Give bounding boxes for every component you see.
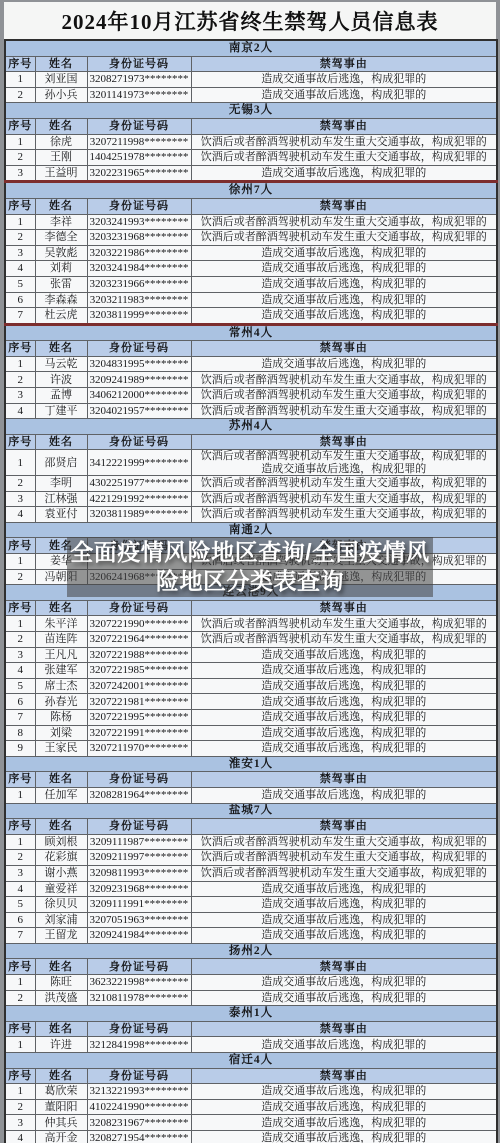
cell-serial: 1	[5, 72, 35, 88]
table-row: 2花彩旗3209211997********饮酒后或者醉酒驾驶机动车发生重大交通…	[5, 850, 497, 866]
column-header: 序号	[5, 56, 35, 72]
cell-serial: 1	[5, 554, 35, 570]
column-header: 序号	[5, 198, 35, 214]
cell-name: 花彩旗	[35, 850, 87, 866]
cell-name: 邵贤启	[35, 450, 87, 476]
table-row: 2许波3209241989********饮酒后或者醉酒驾驶机动车发生重大交通事…	[5, 372, 497, 388]
table-row: 6李森森3203211983********造成交通事故后逃逸，构成犯罪的	[5, 292, 497, 308]
table-row: 6刘家浦3207051963********造成交通事故后逃逸，构成犯罪的	[5, 912, 497, 928]
column-header: 序号	[5, 341, 35, 357]
cell-serial: 7	[5, 928, 35, 944]
column-header: 身份证号码	[87, 1021, 191, 1037]
cell-id-number: 3207221995********	[87, 709, 191, 725]
cell-name: 谢小燕	[35, 865, 87, 881]
column-header-row: 序号姓名身份证号码禁驾事由	[5, 959, 497, 975]
cell-id-number: 3203241984********	[87, 261, 191, 277]
cell-id-number: 3209231968********	[87, 881, 191, 897]
table-row: 4刘莉3203241984********造成交通事故后逃逸，构成犯罪的	[5, 261, 497, 277]
column-header: 姓名	[35, 1068, 87, 1084]
cell-reason: 造成交通事故后逃逸，构成犯罪的	[191, 975, 497, 991]
cell-id-number: 3207221991********	[87, 725, 191, 741]
table-row: 1刘亚国3208271973********造成交通事故后逃逸，构成犯罪的	[5, 72, 497, 88]
cell-id-number: 3412221999********	[87, 450, 191, 476]
table-row: 5徐贝贝3209111991********造成交通事故后逃逸，构成犯罪的	[5, 897, 497, 913]
cell-reason: 造成交通事故后逃逸，构成犯罪的	[191, 292, 497, 308]
table-row: 2王刚1404251978********饮酒后或者醉酒驾驶机动车发生重大交通事…	[5, 150, 497, 166]
cell-name: 孙春光	[35, 694, 87, 710]
section-band: 泰州1人	[5, 1006, 497, 1022]
cell-reason: 造成交通事故后逃逸，构成犯罪的	[191, 897, 497, 913]
cell-serial: 5	[5, 897, 35, 913]
column-header-row: 序号姓名身份证号码禁驾事由	[5, 819, 497, 835]
column-header: 姓名	[35, 819, 87, 835]
cell-serial: 8	[5, 725, 35, 741]
cell-name: 张建军	[35, 663, 87, 679]
cell-id-number: 3208281964********	[87, 787, 191, 803]
table-row: 1朱平洋3207221990********饮酒后或者醉酒驾驶机动车发生重大交通…	[5, 616, 497, 632]
cell-serial: 1	[5, 356, 35, 372]
section-row: 泰州1人	[5, 1006, 497, 1022]
cell-name: 席士杰	[35, 678, 87, 694]
column-header: 禁驾事由	[191, 56, 497, 72]
cell-reason: 饮酒后或者醉酒驾驶机动车发生重大交通事故，构成犯罪的	[191, 616, 497, 632]
table-row: 3王益明3202231965********造成交通事故后逃逸，构成犯罪的	[5, 165, 497, 182]
table-row: 4张建军3207221985********造成交通事故后逃逸，构成犯罪的	[5, 663, 497, 679]
section-row: 南通2人	[5, 522, 497, 538]
cell-id-number: 3207211970********	[87, 741, 191, 757]
cell-reason: 造成交通事故后逃逸，构成犯罪的	[191, 725, 497, 741]
cell-id-number: 3406212000********	[87, 388, 191, 404]
table-row: 3王凡凡3207221988********造成交通事故后逃逸，构成犯罪的	[5, 647, 497, 663]
cell-serial: 4	[5, 881, 35, 897]
column-header: 身份证号码	[87, 600, 191, 616]
column-header-row: 序号姓名身份证号码禁驾事由	[5, 341, 497, 357]
column-header: 禁驾事由	[191, 772, 497, 788]
cell-id-number: 3209111987********	[87, 834, 191, 850]
column-header: 禁驾事由	[191, 600, 497, 616]
cell-id-number: 3201141973********	[87, 87, 191, 103]
cell-name: 徐贝贝	[35, 897, 87, 913]
column-header: 身份证号码	[87, 819, 191, 835]
cell-serial: 2	[5, 87, 35, 103]
cell-reason: 造成交通事故后逃逸，构成犯罪的	[191, 72, 497, 88]
column-header-row: 序号姓名身份证号码禁驾事由	[5, 600, 497, 616]
column-header-row: 序号姓名身份证号码禁驾事由	[5, 1068, 497, 1084]
cell-serial: 1	[5, 450, 35, 476]
cell-reason: 造成交通事故后逃逸，构成犯罪的	[191, 165, 497, 182]
cell-reason: 造成交通事故后逃逸，构成犯罪的	[191, 647, 497, 663]
cell-name: 张雷	[35, 276, 87, 292]
table-row: 1顾刘根3209111987********饮酒后或者醉酒驾驶机动车发生重大交通…	[5, 834, 497, 850]
section-band: 苏州4人	[5, 419, 497, 435]
cell-name: 李祥	[35, 214, 87, 230]
section-band: 南通2人	[5, 522, 497, 538]
cell-id-number: 3204021957********	[87, 403, 191, 419]
cell-id-number: 3207221990********	[87, 616, 191, 632]
table-row: 2李明4302251977********饮酒后或者醉酒驾驶机动车发生重大交通事…	[5, 476, 497, 492]
cell-id-number: 3209811993********	[87, 865, 191, 881]
table-row: 2董阳阳4102241990********造成交通事故后逃逸，构成犯罪的	[5, 1099, 497, 1115]
cell-reason: 饮酒后或者醉酒驾驶机动车发生重大交通事故，构成犯罪的	[191, 476, 497, 492]
cell-id-number: 3207242001********	[87, 678, 191, 694]
column-header: 姓名	[35, 1021, 87, 1037]
section-band: 南京2人	[5, 40, 497, 56]
cell-name: 苗连阵	[35, 632, 87, 648]
cell-reason: 造成交通事故后逃逸，构成犯罪的	[191, 881, 497, 897]
cell-name: 吴敦彪	[35, 245, 87, 261]
table-row: 2孙小兵3201141973********造成交通事故后逃逸，构成犯罪的	[5, 87, 497, 103]
column-header: 禁驾事由	[191, 959, 497, 975]
cell-serial: 2	[5, 150, 35, 166]
cell-reason: 饮酒后或者醉酒驾驶机动车发生重大交通事故，构成犯罪的	[191, 214, 497, 230]
cell-reason: 造成交通事故后逃逸，构成犯罪的	[191, 678, 497, 694]
cell-name: 许进	[35, 1037, 87, 1053]
cell-serial: 2	[5, 569, 35, 585]
cell-reason: 饮酒后或者醉酒驾驶机动车发生重大交通事故，构成犯罪的	[191, 632, 497, 648]
table-row: 1陈旺3623221998********造成交通事故后逃逸，构成犯罪的	[5, 975, 497, 991]
cell-serial: 1	[5, 975, 35, 991]
cell-name: 王刚	[35, 150, 87, 166]
table-row: 2李德全3203231968********饮酒后或者醉酒驾驶机动车发生重大交通…	[5, 230, 497, 246]
cell-name: 高开金	[35, 1131, 87, 1143]
cell-reason: 造成交通事故后逃逸，构成犯罪的	[191, 276, 497, 292]
table-row: 1徐虎3207211998********饮酒后或者醉酒驾驶机动车发生重大交通事…	[5, 134, 497, 150]
cell-serial: 3	[5, 865, 35, 881]
cell-serial: 3	[5, 245, 35, 261]
cell-id-number: 4102241990********	[87, 1099, 191, 1115]
column-header: 姓名	[35, 434, 87, 450]
cell-serial: 1	[5, 1037, 35, 1053]
cell-serial: 3	[5, 491, 35, 507]
cell-reason: 饮酒后或者醉酒驾驶机动车发生重大交通事故，构成犯罪的	[191, 507, 497, 523]
table-row: 3仲其兵3208231967********造成交通事故后逃逸，构成犯罪的	[5, 1115, 497, 1131]
cell-id-number: 3203221986********	[87, 245, 191, 261]
cell-id-number: 3212841998********	[87, 1037, 191, 1053]
cell-id-number: 3207221981********	[87, 694, 191, 710]
section-row: 扬州2人	[5, 943, 497, 959]
cell-serial: 2	[5, 230, 35, 246]
section-row: 盐城7人	[5, 803, 497, 819]
table-row: 1马云乾3204831995********造成交通事故后逃逸，构成犯罪的	[5, 356, 497, 372]
cell-serial: 4	[5, 507, 35, 523]
screenshot-frame: 2024年10月江苏省终生禁驾人员信息表 南京2人序号姓名身份证号码禁驾事由1刘…	[0, 0, 500, 1143]
cell-serial: 2	[5, 372, 35, 388]
cell-reason: 饮酒后或者醉酒驾驶机动车发生重大交通事故，构成犯罪的	[191, 834, 497, 850]
cell-serial: 4	[5, 403, 35, 419]
cell-reason: 造成交通事故后逃逸，构成犯罪的	[191, 1084, 497, 1100]
cell-id-number: 3207221964********	[87, 632, 191, 648]
cell-id-number: 1404251978********	[87, 150, 191, 166]
cell-id-number: 3208231967********	[87, 1115, 191, 1131]
column-header: 序号	[5, 118, 35, 134]
cell-id-number: 3208271973********	[87, 72, 191, 88]
column-header: 序号	[5, 538, 35, 554]
cell-id-number: 3203811999********	[87, 308, 191, 325]
column-header: 身份证号码	[87, 959, 191, 975]
cell-serial: 3	[5, 647, 35, 663]
table-row: 4丁建平3204021957********饮酒后或者醉酒驾驶机动车发生重大交通…	[5, 403, 497, 419]
cell-name: 王益明	[35, 165, 87, 182]
column-header: 姓名	[35, 959, 87, 975]
column-header: 序号	[5, 772, 35, 788]
cell-serial: 5	[5, 678, 35, 694]
cell-serial: 2	[5, 476, 35, 492]
section-row: 徐州7人	[5, 182, 497, 199]
column-header: 序号	[5, 1068, 35, 1084]
cell-reason: 造成交通事故后逃逸，构成犯罪的	[191, 1037, 497, 1053]
column-header: 禁驾事由	[191, 1021, 497, 1037]
cell-reason: 饮酒后或者醉酒驾驶机动车发生重大交通事故，构成犯罪的	[191, 865, 497, 881]
cell-serial: 1	[5, 787, 35, 803]
table-row: 1葛欣荣3213221993********造成交通事故后逃逸，构成犯罪的	[5, 1084, 497, 1100]
section-row: 淮安1人	[5, 756, 497, 772]
cell-name: 李森森	[35, 292, 87, 308]
column-header: 序号	[5, 434, 35, 450]
cell-reason: 造成交通事故后逃逸，构成犯罪的	[191, 709, 497, 725]
cell-id-number: 3210811978********	[87, 990, 191, 1006]
cell-name: 袁亚付	[35, 507, 87, 523]
cell-serial: 6	[5, 694, 35, 710]
table-row: 1邵贤启3412221999********饮酒后或者醉酒驾驶机动车发生重大交通…	[5, 450, 497, 476]
cell-reason: 饮酒后或者醉酒驾驶机动车发生重大交通事故，构成犯罪的	[191, 230, 497, 246]
cell-serial: 2	[5, 1099, 35, 1115]
cell-id-number: 3203811989********	[87, 507, 191, 523]
cell-name: 刘家浦	[35, 912, 87, 928]
cell-id-number: 3623221998********	[87, 975, 191, 991]
cell-reason: 饮酒后或者醉酒驾驶机动车发生重大交通事故，构成犯罪的 造成交通事故后逃逸，构成犯…	[191, 450, 497, 476]
cell-id-number: 3204831995********	[87, 356, 191, 372]
column-header: 序号	[5, 600, 35, 616]
column-header-row: 序号姓名身份证号码禁驾事由	[5, 198, 497, 214]
column-header-row: 序号姓名身份证号码禁驾事由	[5, 1021, 497, 1037]
column-header-row: 序号姓名身份证号码禁驾事由	[5, 772, 497, 788]
column-header: 姓名	[35, 341, 87, 357]
cell-name: 王留龙	[35, 928, 87, 944]
cell-reason: 造成交通事故后逃逸，构成犯罪的	[191, 1131, 497, 1143]
cell-name: 童爱祥	[35, 881, 87, 897]
table-row: 8刘梁3207221991********造成交通事故后逃逸，构成犯罪的	[5, 725, 497, 741]
column-header-row: 序号姓名身份证号码禁驾事由	[5, 118, 497, 134]
caption-line-1: 全面疫情风险地区查询/全国疫情风	[70, 538, 429, 567]
cell-serial: 4	[5, 663, 35, 679]
section-row: 宿迁4人	[5, 1053, 497, 1069]
section-row: 常州4人	[5, 324, 497, 341]
cell-serial: 4	[5, 261, 35, 277]
cell-id-number: 3207221985********	[87, 663, 191, 679]
table-row: 1李祥3203241993********饮酒后或者醉酒驾驶机动车发生重大交通事…	[5, 214, 497, 230]
column-header: 禁驾事由	[191, 341, 497, 357]
cell-reason: 饮酒后或者醉酒驾驶机动车发生重大交通事故，构成犯罪的	[191, 403, 497, 419]
column-header: 身份证号码	[87, 118, 191, 134]
column-header: 身份证号码	[87, 341, 191, 357]
column-header: 身份证号码	[87, 1068, 191, 1084]
cell-reason: 造成交通事故后逃逸，构成犯罪的	[191, 741, 497, 757]
table-row: 3孟博3406212000********饮酒后或者醉酒驾驶机动车发生重大交通事…	[5, 388, 497, 404]
cell-name: 陈杨	[35, 709, 87, 725]
cell-name: 朱平洋	[35, 616, 87, 632]
cell-reason: 造成交通事故后逃逸，构成犯罪的	[191, 87, 497, 103]
cell-reason: 饮酒后或者醉酒驾驶机动车发生重大交通事故，构成犯罪的	[191, 150, 497, 166]
cell-serial: 3	[5, 1115, 35, 1131]
cell-id-number: 3202231965********	[87, 165, 191, 182]
cell-name: 徐虎	[35, 134, 87, 150]
table-row: 3江林强4221291992********饮酒后或者醉酒驾驶机动车发生重大交通…	[5, 491, 497, 507]
cell-id-number: 3207221988********	[87, 647, 191, 663]
column-header: 姓名	[35, 198, 87, 214]
cell-name: 董阳阳	[35, 1099, 87, 1115]
column-header-row: 序号姓名身份证号码禁驾事由	[5, 56, 497, 72]
table-row: 3吴敦彪3203221986********造成交通事故后逃逸，构成犯罪的	[5, 245, 497, 261]
column-header: 序号	[5, 1021, 35, 1037]
cell-serial: 1	[5, 1084, 35, 1100]
cell-reason: 造成交通事故后逃逸，构成犯罪的	[191, 990, 497, 1006]
section-band: 扬州2人	[5, 943, 497, 959]
cell-serial: 4	[5, 1131, 35, 1143]
cell-name: 洪茂盛	[35, 990, 87, 1006]
table-row: 4高开金3208271954********造成交通事故后逃逸，构成犯罪的	[5, 1131, 497, 1143]
cell-id-number: 3209241989********	[87, 372, 191, 388]
section-row: 苏州4人	[5, 419, 497, 435]
cell-name: 孟博	[35, 388, 87, 404]
cell-serial: 2	[5, 990, 35, 1006]
table-row: 5张雷3203231966********造成交通事故后逃逸，构成犯罪的	[5, 276, 497, 292]
table-row: 1许进3212841998********造成交通事故后逃逸，构成犯罪的	[5, 1037, 497, 1053]
cell-id-number: 3209241984********	[87, 928, 191, 944]
table-row: 4袁亚付3203811989********饮酒后或者醉酒驾驶机动车发生重大交通…	[5, 507, 497, 523]
cell-id-number: 3209111991********	[87, 897, 191, 913]
cell-name: 王凡凡	[35, 647, 87, 663]
cell-id-number: 3209211997********	[87, 850, 191, 866]
table-row: 6孙春光3207221981********造成交通事故后逃逸，构成犯罪的	[5, 694, 497, 710]
caption-overlay: 全面疫情风险地区查询/全国疫情风 险地区分类表查询	[67, 537, 433, 597]
cell-serial: 9	[5, 741, 35, 757]
column-header: 姓名	[35, 772, 87, 788]
column-header: 姓名	[35, 118, 87, 134]
column-header: 身份证号码	[87, 56, 191, 72]
table-row: 2苗连阵3207221964********饮酒后或者醉酒驾驶机动车发生重大交通…	[5, 632, 497, 648]
cell-name: 孙小兵	[35, 87, 87, 103]
table-row: 7陈杨3207221995********造成交通事故后逃逸，构成犯罪的	[5, 709, 497, 725]
column-header: 身份证号码	[87, 198, 191, 214]
cell-name: 江林强	[35, 491, 87, 507]
cell-serial: 2	[5, 850, 35, 866]
section-band: 淮安1人	[5, 756, 497, 772]
cell-reason: 造成交通事故后逃逸，构成犯罪的	[191, 1115, 497, 1131]
cell-name: 陈旺	[35, 975, 87, 991]
column-header: 禁驾事由	[191, 1068, 497, 1084]
table-row: 4童爱祥3209231968********造成交通事故后逃逸，构成犯罪的	[5, 881, 497, 897]
table-row: 2洪茂盛3210811978********造成交通事故后逃逸，构成犯罪的	[5, 990, 497, 1006]
cell-name: 杜云虎	[35, 308, 87, 325]
section-row: 无锡3人	[5, 103, 497, 119]
column-header: 禁驾事由	[191, 819, 497, 835]
cell-serial: 7	[5, 308, 35, 325]
column-header: 身份证号码	[87, 434, 191, 450]
cell-name: 刘莉	[35, 261, 87, 277]
cell-id-number: 3208271954********	[87, 1131, 191, 1143]
cell-name: 葛欣荣	[35, 1084, 87, 1100]
table-row: 7杜云虎3203811999********造成交通事故后逃逸，构成犯罪的	[5, 308, 497, 325]
cell-name: 马云乾	[35, 356, 87, 372]
cell-reason: 造成交通事故后逃逸，构成犯罪的	[191, 928, 497, 944]
cell-reason: 造成交通事故后逃逸，构成犯罪的	[191, 787, 497, 803]
column-header: 姓名	[35, 56, 87, 72]
cell-serial: 6	[5, 912, 35, 928]
column-header: 禁驾事由	[191, 434, 497, 450]
table-row: 1任加军3208281964********造成交通事故后逃逸，构成犯罪的	[5, 787, 497, 803]
cell-name: 仲其兵	[35, 1115, 87, 1131]
section-band: 常州4人	[5, 324, 497, 341]
cell-id-number: 3207211998********	[87, 134, 191, 150]
cell-reason: 造成交通事故后逃逸，构成犯罪的	[191, 694, 497, 710]
cell-reason: 造成交通事故后逃逸，构成犯罪的	[191, 1099, 497, 1115]
column-header: 姓名	[35, 600, 87, 616]
table-row: 3谢小燕3209811993********饮酒后或者醉酒驾驶机动车发生重大交通…	[5, 865, 497, 881]
section-row: 南京2人	[5, 40, 497, 56]
cell-serial: 1	[5, 834, 35, 850]
column-header: 禁驾事由	[191, 118, 497, 134]
cell-reason: 饮酒后或者醉酒驾驶机动车发生重大交通事故，构成犯罪的	[191, 850, 497, 866]
table-row: 5席士杰3207242001********造成交通事故后逃逸，构成犯罪的	[5, 678, 497, 694]
caption-line-2: 险地区分类表查询	[156, 567, 344, 596]
section-band: 无锡3人	[5, 103, 497, 119]
cell-id-number: 3203231968********	[87, 230, 191, 246]
cell-name: 刘梁	[35, 725, 87, 741]
cell-reason: 饮酒后或者醉酒驾驶机动车发生重大交通事故，构成犯罪的	[191, 491, 497, 507]
cell-serial: 1	[5, 214, 35, 230]
cell-serial: 3	[5, 165, 35, 182]
cell-name: 刘亚国	[35, 72, 87, 88]
section-band: 徐州7人	[5, 182, 497, 199]
cell-name: 王家民	[35, 741, 87, 757]
cell-id-number: 3207051963********	[87, 912, 191, 928]
cell-reason: 造成交通事故后逃逸，构成犯罪的	[191, 663, 497, 679]
cell-name: 李德全	[35, 230, 87, 246]
cell-serial: 1	[5, 616, 35, 632]
cell-id-number: 3203231966********	[87, 276, 191, 292]
column-header-row: 序号姓名身份证号码禁驾事由	[5, 434, 497, 450]
cell-serial: 3	[5, 388, 35, 404]
cell-reason: 造成交通事故后逃逸，构成犯罪的	[191, 912, 497, 928]
cell-id-number: 4302251977********	[87, 476, 191, 492]
column-header: 身份证号码	[87, 772, 191, 788]
column-header: 禁驾事由	[191, 198, 497, 214]
section-band: 盐城7人	[5, 803, 497, 819]
cell-reason: 饮酒后或者醉酒驾驶机动车发生重大交通事故，构成犯罪的	[191, 134, 497, 150]
cell-id-number: 3213221993********	[87, 1084, 191, 1100]
cell-reason: 造成交通事故后逃逸，构成犯罪的	[191, 308, 497, 325]
page-title: 2024年10月江苏省终生禁驾人员信息表	[4, 2, 496, 39]
cell-reason: 饮酒后或者醉酒驾驶机动车发生重大交通事故，构成犯罪的	[191, 388, 497, 404]
cell-reason: 饮酒后或者醉酒驾驶机动车发生重大交通事故，构成犯罪的	[191, 372, 497, 388]
table-row: 7王留龙3209241984********造成交通事故后逃逸，构成犯罪的	[5, 928, 497, 944]
column-header: 序号	[5, 819, 35, 835]
cell-name: 丁建平	[35, 403, 87, 419]
cell-id-number: 4221291992********	[87, 491, 191, 507]
cell-name: 顾刘根	[35, 834, 87, 850]
column-header: 序号	[5, 959, 35, 975]
cell-reason: 造成交通事故后逃逸，构成犯罪的	[191, 356, 497, 372]
cell-serial: 7	[5, 709, 35, 725]
cell-name: 任加军	[35, 787, 87, 803]
cell-id-number: 3203211983********	[87, 292, 191, 308]
cell-serial: 2	[5, 632, 35, 648]
table-row: 9王家民3207211970********造成交通事故后逃逸，构成犯罪的	[5, 741, 497, 757]
cell-serial: 5	[5, 276, 35, 292]
cell-serial: 6	[5, 292, 35, 308]
cell-reason: 造成交通事故后逃逸，构成犯罪的	[191, 245, 497, 261]
section-band: 宿迁4人	[5, 1053, 497, 1069]
